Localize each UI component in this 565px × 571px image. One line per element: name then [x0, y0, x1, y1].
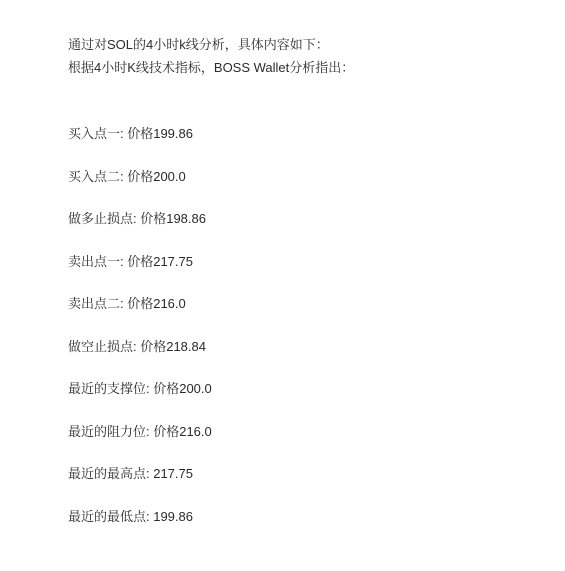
analysis-item: 做空止损点: 价格218.84: [68, 335, 525, 358]
analysis-item: 做多止损点: 价格198.86: [68, 207, 525, 230]
intro-line: 通过对SOL的4小时k线分析，具体内容如下：: [68, 33, 525, 56]
intro-line: 根据4小时K线技术指标，BOSS Wallet分析指出：: [68, 56, 525, 79]
analysis-item: 最近的最低点: 199.86: [68, 505, 525, 528]
analysis-item: 最近的支撑位: 价格200.0: [68, 377, 525, 400]
analysis-items: 买入点一: 价格199.86 买入点二: 价格200.0 做多止损点: 价格19…: [68, 122, 525, 528]
analysis-item: 卖出点一: 价格217.75: [68, 250, 525, 273]
analysis-item: 最近的阻力位: 价格216.0: [68, 420, 525, 443]
analysis-item: 买入点一: 价格199.86: [68, 122, 525, 145]
analysis-document: 通过对SOL的4小时k线分析，具体内容如下： 根据4小时K线技术指标，BOSS …: [0, 0, 565, 571]
analysis-item: 最近的最高点: 217.75: [68, 462, 525, 485]
analysis-item: 买入点二: 价格200.0: [68, 165, 525, 188]
analysis-intro: 通过对SOL的4小时k线分析，具体内容如下： 根据4小时K线技术指标，BOSS …: [68, 33, 525, 79]
analysis-item: 卖出点二: 价格216.0: [68, 292, 525, 315]
